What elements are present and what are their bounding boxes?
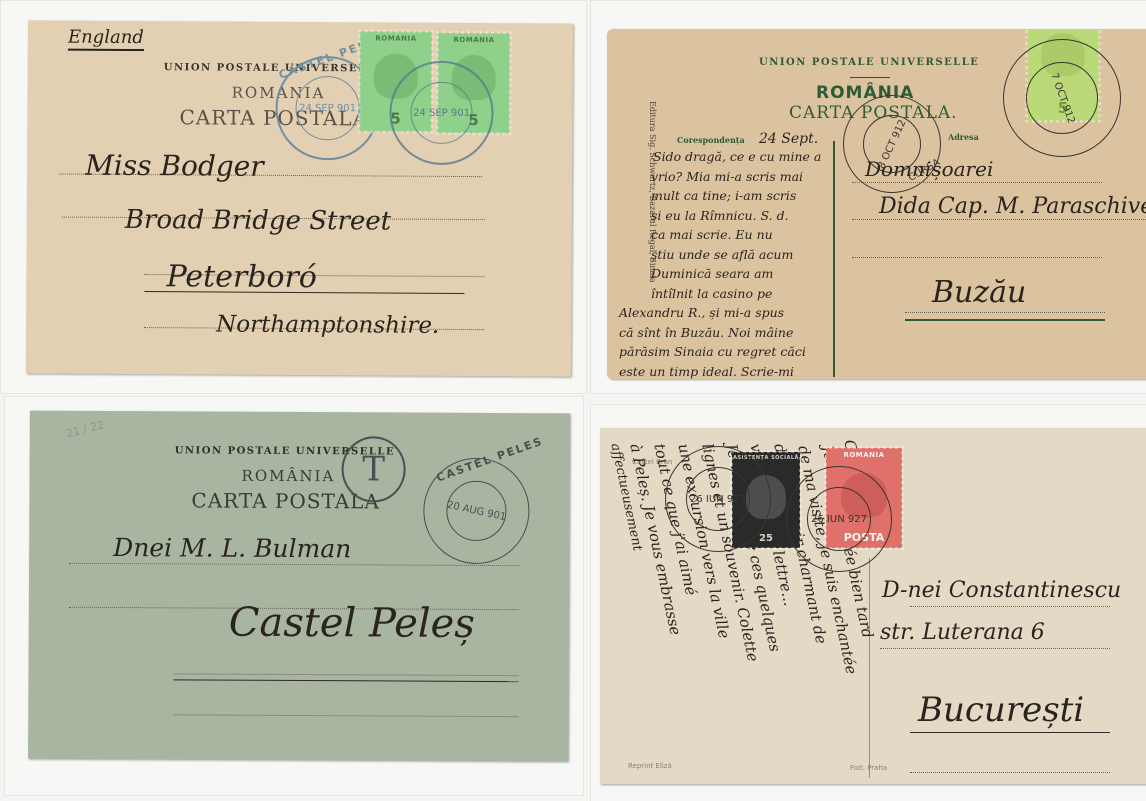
address-line-name: Dnei M. L. Bulman — [113, 533, 351, 563]
destination-note: England — [68, 27, 144, 51]
postmark-cancel: 7 OCT 912 — [1003, 39, 1121, 157]
address-line-name: D-nei Constantinescu — [882, 578, 1121, 603]
postcard-castel-peles: 21 / 22 UNION POSTALE UNIVERSELLE ROMÂNI… — [28, 411, 570, 762]
upu-heading: UNION POSTALE UNIVERSELLE — [759, 57, 979, 68]
tax-handstamp: T — [341, 436, 405, 502]
postcard-bucuresti: Castel Bran Reprint Eliză Foit. Praha Ch… — [600, 428, 1146, 784]
address-line-city: Peterboró — [166, 259, 317, 295]
address-line-county: Northamptonshire. — [216, 311, 439, 338]
address-line-name: Miss Bodger — [85, 149, 264, 183]
correspondence-label: Corespondența — [677, 135, 745, 145]
postcard-buzau: UNION POSTALE UNIVERSELLE ROMÂNIA CARTA … — [607, 29, 1146, 379]
address-line-name: Dida Cap. M. Paraschivescu — [879, 194, 1146, 219]
address-line-city: Buzău — [932, 275, 1026, 310]
address-line-street: Broad Bridge Street — [125, 205, 391, 237]
message-date: 24 Sept. — [759, 131, 818, 147]
printer-imprint-left: Reprint Eliză — [628, 762, 672, 770]
address-line-place: Castel Peleș — [229, 600, 475, 647]
postcard-england: England UNION POSTALE UNIVERSELLE ROMANI… — [26, 20, 573, 376]
postmark-cancel: 24 SEP 901 — [389, 61, 494, 166]
address-line-street: str. Luterana 6 — [880, 620, 1045, 645]
address-line-city: București — [918, 690, 1084, 730]
postmark-cancel: 26 IUN 927 — [665, 446, 771, 552]
country-heading: ROMÂNIA — [242, 467, 336, 485]
divider-line — [869, 558, 870, 778]
postmark-cancel: 26 IUN 927 — [786, 466, 892, 572]
address-label: Adresa — [948, 132, 979, 142]
pencil-note: 21 / 22 — [65, 418, 106, 440]
message-body: Sido dragă, ce e cu mine a vrio? Mia mi-… — [615, 149, 835, 379]
